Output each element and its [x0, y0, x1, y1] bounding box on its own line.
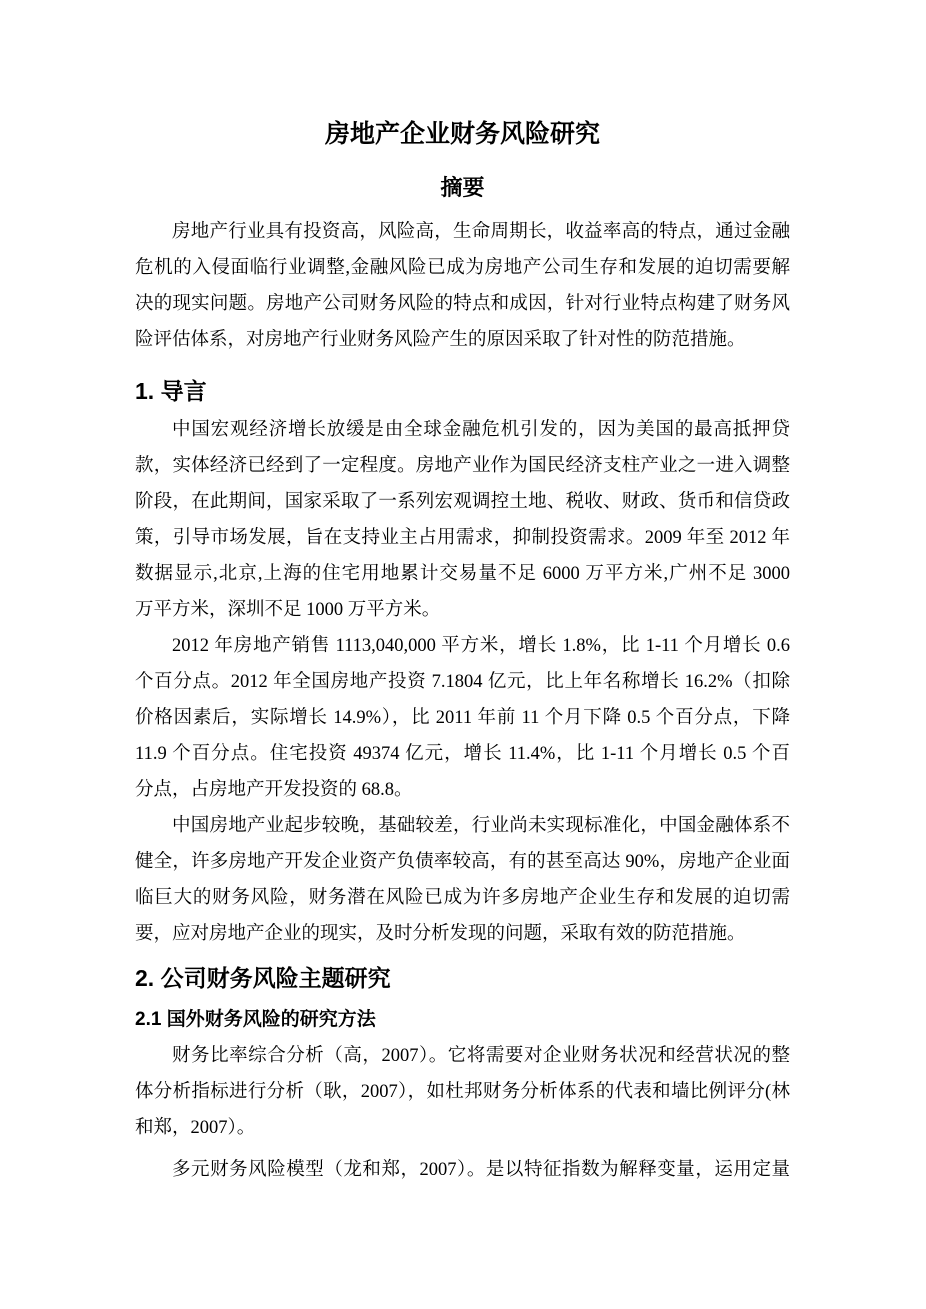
abstract-heading: 摘要 [135, 171, 790, 205]
text-line: 万平方米，深圳不足 1000 万平方米。 [135, 592, 790, 628]
section-heading-financial-risk-research: 2. 公司财务风险主题研究 [135, 958, 790, 998]
text-line: 健全，许多房地产开发企业资产负债率较高，有的甚至高达 90%，房地产企业面 [135, 844, 790, 880]
text-line: 个百分点。2012 年全国房地产投资 7.1804 亿元，比上年名称增长 16.… [135, 664, 790, 700]
paragraph: 多元财务风险模型（龙和郑，2007）。是以特征指数为解释变量，运用定量 [135, 1152, 790, 1188]
text-line: 11.9 个百分点。住宅投资 49374 亿元，增长 11.4%，比 1-11 … [135, 736, 790, 772]
text-line: 数据显示,北京,上海的住宅用地累计交易量不足 6000 万平方米,广州不足 30… [135, 556, 790, 592]
text-line: 2012 年房地产销售 1113,040,000 平方米，增长 1.8%，比 1… [135, 628, 790, 664]
abstract-paragraph: 房地产行业具有投资高，风险高，生命周期长，收益率高的特点，通过金融危机的入侵面临… [135, 214, 790, 358]
text-line: 多元财务风险模型（龙和郑，2007）。是以特征指数为解释变量，运用定量 [135, 1152, 790, 1188]
text-line: 分点，占房地产开发投资的 68.8。 [135, 772, 790, 808]
paragraph: 财务比率综合分析（高，2007）。它将需要对企业财务状况和经营状况的整体分析指标… [135, 1038, 790, 1146]
text-line: 险评估体系，对房地产行业财务风险产生的原因采取了针对性的防范措施。 [135, 322, 790, 358]
text-line: 和郑，2007）。 [135, 1110, 790, 1146]
text-line: 决的现实问题。房地产公司财务风险的特点和成因，针对行业特点构建了财务风 [135, 286, 790, 322]
paragraph: 2012 年房地产销售 1113,040,000 平方米，增长 1.8%，比 1… [135, 628, 790, 808]
text-line: 款，实体经济已经到了一定程度。房地产业作为国民经济支柱产业之一进入调整 [135, 448, 790, 484]
paragraph: 中国房地产业起步较晚，基础较差，行业尚未实现标准化，中国金融体系不健全，许多房地… [135, 808, 790, 952]
subsection-heading-foreign-research-methods: 2.1 国外财务风险的研究方法 [135, 1002, 790, 1038]
text-line: 危机的入侵面临行业调整,金融风险已成为房地产公司生存和发展的迫切需要解 [135, 250, 790, 286]
text-line: 体分析指标进行分析（耿，2007），如杜邦财务分析体系的代表和墙比例评分(林 [135, 1074, 790, 1110]
text-line: 阶段，在此期间，国家采取了一系列宏观调控土地、税收、财政、货币和信贷政 [135, 484, 790, 520]
text-line: 财务比率综合分析（高，2007）。它将需要对企业财务状况和经营状况的整 [135, 1038, 790, 1074]
document-page: 房地产企业财务风险研究 摘要 房地产行业具有投资高，风险高，生命周期长，收益率高… [0, 0, 926, 1309]
paragraph: 中国宏观经济增长放缓是由全球金融危机引发的，因为美国的最高抵押贷款，实体经济已经… [135, 412, 790, 628]
section-heading-introduction: 1. 导言 [135, 370, 790, 412]
document-content: 房地产企业财务风险研究 摘要 房地产行业具有投资高，风险高，生命周期长，收益率高… [135, 113, 790, 1188]
text-line: 价格因素后，实际增长 14.9%），比 2011 年前 11 个月下降 0.5 … [135, 700, 790, 736]
text-line: 中国房地产业起步较晚，基础较差，行业尚未实现标准化，中国金融体系不 [135, 808, 790, 844]
text-line: 中国宏观经济增长放缓是由全球金融危机引发的，因为美国的最高抵押贷 [135, 412, 790, 448]
text-line: 策，引导市场发展，旨在支持业主占用需求，抑制投资需求。2009 年至 2012 … [135, 520, 790, 556]
text-line: 临巨大的财务风险，财务潜在风险已成为许多房地产企业生存和发展的迫切需 [135, 880, 790, 916]
text-line: 要，应对房地产企业的现实，及时分析发现的问题，采取有效的防范措施。 [135, 916, 790, 952]
text-line: 房地产行业具有投资高，风险高，生命周期长，收益率高的特点，通过金融 [135, 214, 790, 250]
document-title: 房地产企业财务风险研究 [135, 113, 790, 155]
